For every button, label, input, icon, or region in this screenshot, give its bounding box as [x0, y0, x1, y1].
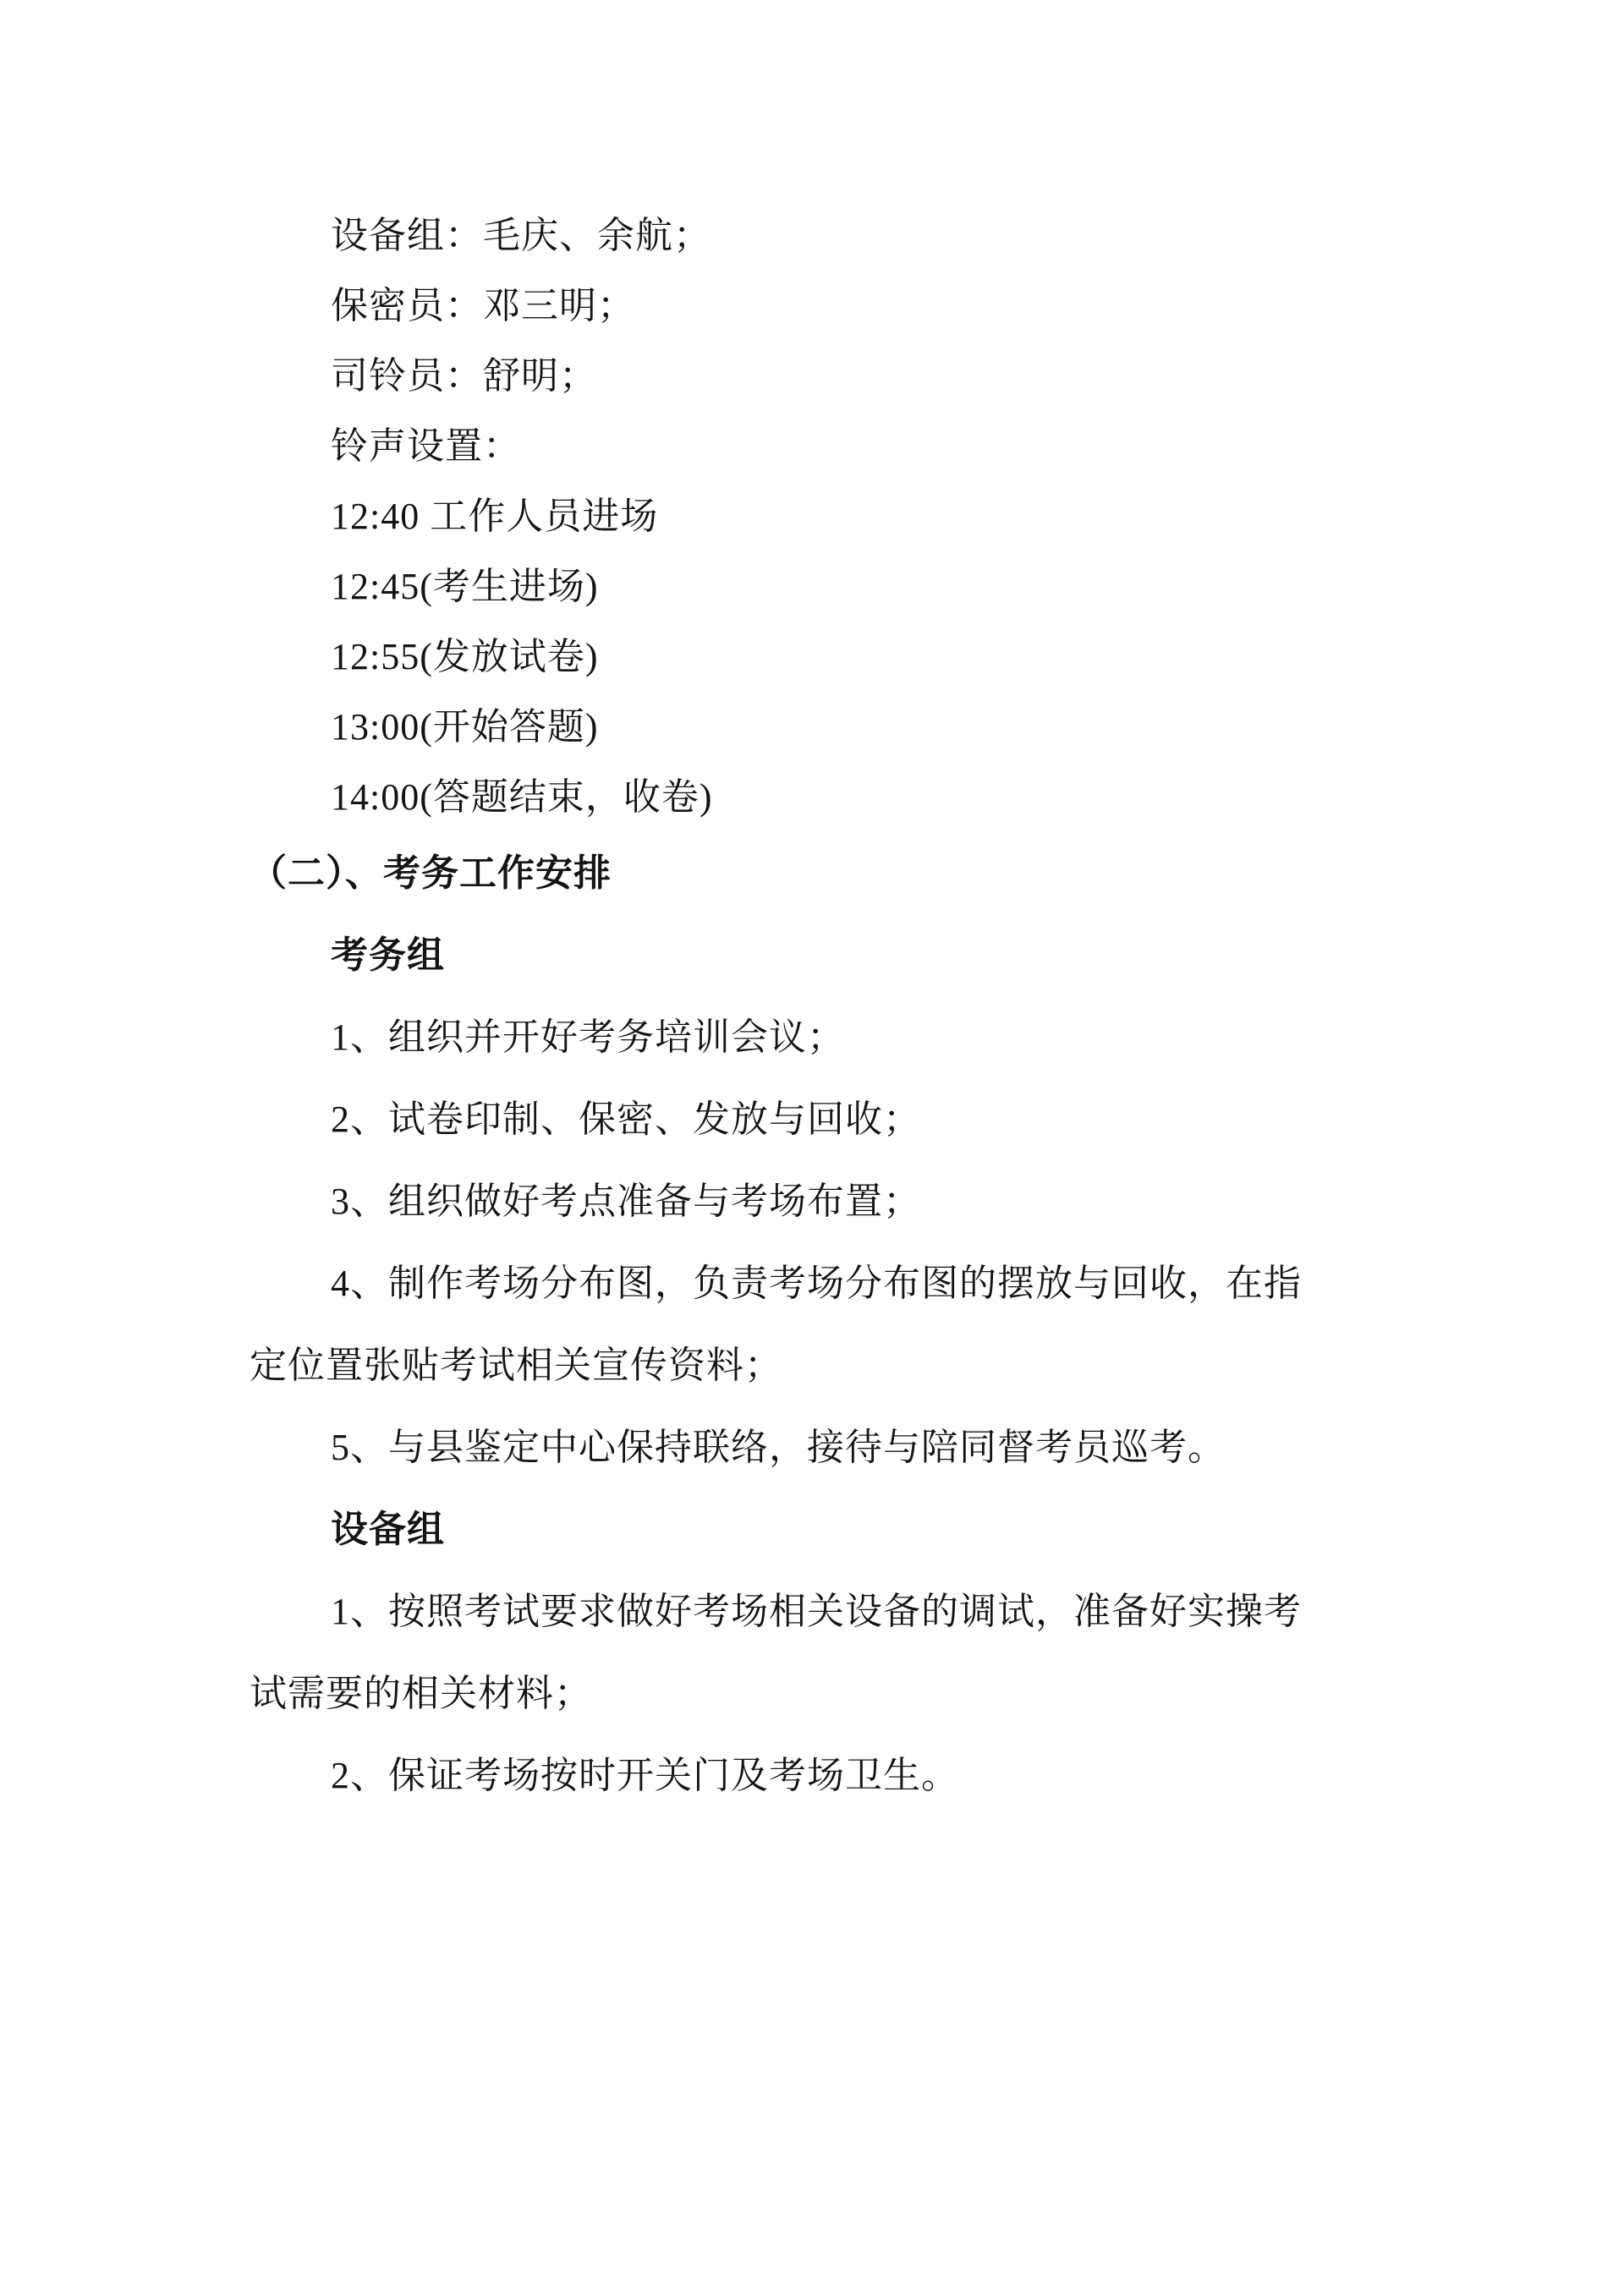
line-security-officer: 保密员：邓三明； [250, 271, 1429, 341]
line-equipment-group-members: 设备组：毛庆、余航； [250, 200, 1429, 271]
line-schedule-1255-distribute-papers: 12:55(发放试卷) [250, 622, 1429, 692]
line-schedule-1245-candidates-enter: 12:45(考生进场) [250, 551, 1429, 622]
line-exam-task-2: 2、试卷印制、保密、发放与回收； [250, 1078, 1429, 1160]
line-equipment-task-1-continuation: 试需要的相关材料； [250, 1652, 1429, 1734]
line-bell-settings-label: 铃声设置： [250, 411, 1429, 481]
line-schedule-1400-end-collect: 14:00(答题结束，收卷) [250, 762, 1429, 832]
subheading-equipment-group: 设备组 [250, 1488, 1429, 1570]
line-equipment-task-1: 1、按照考试要求做好考场相关设备的调试，准备好实操考 [250, 1570, 1429, 1652]
line-exam-task-4-continuation: 定位置张贴考试相关宣传资料； [250, 1324, 1429, 1406]
subheading-exam-affairs-group: 考务组 [250, 914, 1429, 996]
line-exam-task-3: 3、组织做好考点准备与考场布置； [250, 1160, 1429, 1242]
line-equipment-task-2: 2、保证考场按时开关门及考场卫生。 [250, 1734, 1429, 1817]
section-heading-exam-affairs-arrangement: （二）、考务工作安排 [250, 832, 1429, 914]
line-schedule-1300-start-answering: 13:00(开始答题) [250, 692, 1429, 762]
line-exam-task-5: 5、与县鉴定中心保持联络，接待与陪同督考员巡考。 [250, 1406, 1429, 1488]
line-schedule-1240-staff-enter: 12:40 工作人员进场 [250, 481, 1429, 551]
line-exam-task-1: 1、组织并开好考务培训会议； [250, 996, 1429, 1078]
document-page: 设备组：毛庆、余航； 保密员：邓三明； 司铃员：舒明； 铃声设置： 12:40 … [0, 0, 1624, 2296]
line-exam-task-4: 4、制作考场分布图，负责考场分布图的摆放与回收，在指 [250, 1242, 1429, 1324]
line-bell-officer: 司铃员：舒明； [250, 341, 1429, 411]
